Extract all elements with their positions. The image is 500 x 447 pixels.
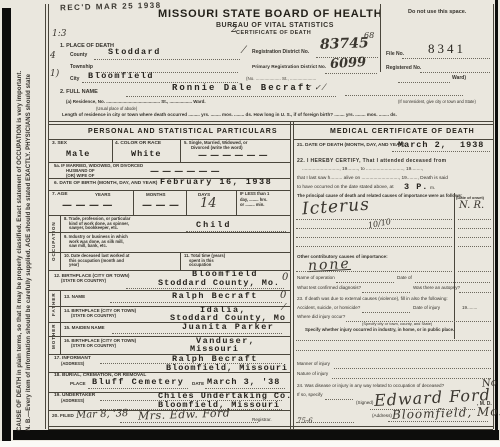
full-name-label: 2. FULL NAME bbox=[60, 90, 98, 96]
time-of-death-value: 3 P. bbox=[404, 183, 428, 192]
row-line-306 bbox=[48, 306, 290, 307]
nonresident-note: (If nonresident, give city or town and S… bbox=[398, 100, 476, 104]
father-name-stray-mark: 0 bbox=[280, 291, 286, 301]
certify-line-4: to have occurred on the date stated abov… bbox=[297, 186, 394, 191]
onset-column-line bbox=[454, 193, 455, 339]
if-so-specify-label: If so, specify bbox=[297, 393, 323, 398]
cause-rule-4r bbox=[458, 245, 491, 247]
cause-rule-1 bbox=[296, 218, 452, 220]
city-no-st-label: (No. .................... St., .........… bbox=[246, 77, 316, 82]
autopsy-line bbox=[459, 291, 491, 293]
certify-line-1: 22. I HEREBY CERTIFY, That I attended de… bbox=[297, 159, 447, 164]
undertaker-sublabel: (ADDRESS) bbox=[61, 399, 84, 403]
mother-name-line bbox=[112, 332, 282, 334]
father-bp-stray-mark: ⁄ bbox=[283, 304, 285, 313]
registered-no-line bbox=[420, 71, 490, 73]
cause-rule-3r bbox=[458, 236, 491, 238]
reg-district-value: 83745 bbox=[320, 36, 369, 52]
board-title: MISSOURI STATE BOARD OF HEALTH bbox=[158, 9, 382, 20]
physician-address-value: Bloomfield, Mo. bbox=[392, 405, 500, 421]
stray-mark-1: 1:3 bbox=[52, 30, 66, 39]
sex-value: Male bbox=[66, 150, 90, 159]
county-label: County bbox=[70, 53, 87, 58]
scan-right-edge bbox=[495, 0, 498, 432]
length-residence-line: Length of residence in city or town wher… bbox=[62, 113, 397, 118]
total-time-label-3: occupation bbox=[189, 263, 211, 267]
form-left-border-2 bbox=[48, 4, 49, 429]
injury-rule-1 bbox=[296, 339, 491, 341]
margin-note-line1: N. B.—Every item of information should b… bbox=[26, 74, 32, 431]
dob-value: February 16, 1938 bbox=[160, 178, 272, 187]
mother-bp-label-2: (STATE OR COUNTRY) bbox=[71, 344, 116, 348]
burial-date-value: March 3, bbox=[207, 378, 256, 387]
date-of-death-line bbox=[392, 150, 490, 152]
stray-mark-3: 1) bbox=[50, 70, 59, 79]
received-stamp: REC'D MAR 25 1938 bbox=[60, 2, 162, 13]
trade-label-3: sawyer, bookkeeper, etc. bbox=[69, 226, 118, 230]
abode-note: (Usual place of abode) bbox=[96, 107, 137, 111]
full-name-value: Ronnie Dale Becraft bbox=[172, 84, 313, 93]
cause-rule-2r bbox=[458, 227, 491, 229]
address-line bbox=[388, 420, 488, 422]
handwritten-page-mark: 2 bbox=[231, 25, 237, 35]
date-of-line bbox=[415, 281, 490, 283]
ward-right-label: Ward) bbox=[452, 76, 466, 81]
filed-date-value: Mar 8, '38 bbox=[76, 409, 129, 421]
mother-name-value: Juanita Parker bbox=[182, 323, 274, 332]
test-line bbox=[362, 291, 410, 293]
stray-mark-2: 4 bbox=[50, 52, 56, 61]
date-of-label: Date of bbox=[397, 276, 412, 281]
last-worked-label-3: year) bbox=[69, 263, 79, 267]
row-line-232 bbox=[48, 232, 290, 233]
age-months-label: MONTHS bbox=[146, 193, 166, 198]
injury-rule-2 bbox=[296, 349, 491, 351]
age-months-value: — — — bbox=[142, 201, 179, 211]
filed-line bbox=[120, 421, 258, 423]
form-left-border-1 bbox=[45, 4, 46, 429]
scan-left-black-bar bbox=[2, 8, 11, 447]
form-right-border bbox=[493, 4, 494, 429]
cause-rule-3 bbox=[296, 236, 452, 238]
place-of-death-label: 1. PLACE OF DEATH bbox=[60, 44, 114, 50]
county-value: Stoddard bbox=[108, 48, 161, 57]
father-name-label: 13. NAME bbox=[64, 295, 85, 300]
specify-city-label: (Specify city or town, county, and State… bbox=[362, 322, 432, 326]
burial-date-label: DATE bbox=[192, 382, 204, 387]
primary-reg-line bbox=[325, 72, 377, 74]
township-label: Township bbox=[70, 65, 93, 70]
accident-label: Accident, suicide, or homicide? bbox=[297, 306, 360, 311]
cause-rule-2 bbox=[296, 227, 452, 229]
right-section-header: MEDICAL CERTIFICATE OF DEATH bbox=[330, 128, 475, 135]
birthplace-label-2: (STATE OR COUNTRY) bbox=[61, 279, 106, 283]
left-section-header: PERSONAL AND STATISTICAL PARTICULARS bbox=[88, 128, 277, 135]
burial-date-line bbox=[205, 387, 285, 389]
if-so-line bbox=[325, 398, 353, 400]
cell-line-sex-race bbox=[112, 139, 113, 162]
informant-line-1 bbox=[100, 362, 282, 364]
informant-sublabel: (ADDRESS) bbox=[61, 362, 84, 366]
birthplace-line bbox=[126, 287, 284, 289]
father-bp-label-2: (STATE OR COUNTRY) bbox=[71, 314, 116, 318]
ifless-label-1: IF LESS than 1 bbox=[240, 192, 269, 196]
bottom-left-rule bbox=[296, 421, 354, 423]
date-of-death-value: March 2, bbox=[398, 141, 447, 150]
header-box-divider bbox=[380, 4, 381, 72]
burial-year-value: '38 bbox=[262, 378, 280, 387]
cell-line-10-11 bbox=[180, 252, 181, 270]
filed-label: 20. FILED bbox=[52, 415, 74, 420]
race-label: 4. COLOR OR RACE bbox=[115, 142, 161, 147]
scan-bottom-margin bbox=[0, 441, 500, 447]
left-header-underline bbox=[48, 139, 290, 140]
date-of-death-label: 21. DATE OF DEATH (MONTH, DAY, AND YEAR) bbox=[297, 144, 405, 149]
reg-district-label: Registration District No. bbox=[252, 50, 309, 55]
test-label: What test confirmed diagnosis? bbox=[297, 286, 361, 291]
death-certificate-scan: { "stamp": "REC'D MAR 25 1938", "margin"… bbox=[0, 0, 500, 447]
rule-bottom-double-1 bbox=[48, 426, 493, 427]
date-of-death-year: 1938 bbox=[460, 141, 484, 150]
autopsy-label: Was there an autopsy? bbox=[413, 286, 460, 291]
file-no-line bbox=[402, 57, 490, 59]
age-years-value: — — — — bbox=[62, 201, 112, 211]
manner-line bbox=[334, 367, 491, 369]
full-name-stray-marks: ✓ ✓ ⁄ bbox=[305, 84, 325, 92]
father-name-value: Ralph Becraft bbox=[172, 292, 258, 301]
ifless-label-3: or ........ min. bbox=[240, 203, 264, 207]
file-no-value: 8341 bbox=[428, 42, 466, 55]
birthplace-stray-mark: 0 bbox=[282, 273, 288, 283]
operation-line bbox=[336, 281, 394, 283]
margin-note-line2: CAUSE OF DEATH in plain terms, so that i… bbox=[17, 71, 23, 431]
age-cell-line-2 bbox=[186, 190, 187, 215]
marital-value: — — — — — — bbox=[198, 152, 268, 161]
registrar-signature: Mrs. Edw. Ford bbox=[138, 407, 231, 421]
cause-of-death-value: Icterus bbox=[301, 197, 370, 219]
primary-reg-label: Primary Registration District No. bbox=[252, 66, 326, 71]
nature-line bbox=[332, 377, 491, 379]
county-stray-mark: ⁄ bbox=[243, 46, 245, 56]
operation-label: Name of operation bbox=[297, 276, 335, 281]
accident-line bbox=[362, 311, 410, 313]
marital-label-2: Divorced (write the word) bbox=[191, 146, 243, 150]
father-side-label: FATHER bbox=[52, 292, 57, 316]
nature-label: Nature of injury bbox=[297, 372, 328, 377]
specify-whether-label: Specify whether injury occurred in indus… bbox=[305, 328, 454, 332]
mother-bp-value-2: Missouri bbox=[190, 345, 239, 354]
occupation-bracket-line bbox=[60, 215, 61, 270]
burial-place-line bbox=[88, 387, 188, 389]
burial-place-value: Bluff Cemetery bbox=[92, 378, 184, 387]
time-m-label: m. bbox=[430, 187, 435, 192]
burial-place-label: PLACE bbox=[70, 382, 86, 387]
cause-rule-1r bbox=[458, 218, 491, 220]
race-value: White bbox=[131, 150, 162, 159]
column-divider-2 bbox=[293, 121, 294, 429]
age-cell-line-1 bbox=[133, 190, 134, 215]
full-name-line bbox=[126, 95, 336, 97]
manner-label: Manner of injury bbox=[297, 362, 330, 367]
primary-reg-value: 6099 bbox=[330, 56, 367, 71]
age-cell-line-3 bbox=[236, 190, 237, 215]
city-label: City bbox=[70, 77, 79, 82]
dob-label: 6. DATE OF BIRTH (MONTH, DAY, AND YEAR) bbox=[54, 182, 157, 187]
where-injury-label: Where did injury occur? bbox=[297, 315, 345, 320]
married-value: — — — — — — bbox=[150, 168, 220, 177]
cause-rule-4 bbox=[296, 245, 452, 247]
cell-line-race-marital bbox=[180, 139, 181, 162]
certify-line-2: ............................, 19........… bbox=[302, 168, 423, 173]
county-line bbox=[94, 58, 240, 60]
injury-date-label: Date of injury bbox=[413, 306, 440, 311]
injury-year-label: 19........ bbox=[462, 306, 477, 311]
residence-line: (a) Residence, No. .....................… bbox=[66, 100, 206, 105]
ward-right-line bbox=[398, 81, 450, 83]
onset-value: N. R. bbox=[459, 201, 484, 211]
trade-value: Child bbox=[196, 221, 232, 230]
rule-bottom-double-2 bbox=[48, 429, 493, 430]
age-years-label: YEARS bbox=[95, 193, 111, 198]
do-not-use-label: Do not use this space. bbox=[408, 10, 466, 16]
signed-label: (Signed) bbox=[356, 401, 373, 406]
occupation-side-label: OCCUPATION bbox=[52, 221, 57, 261]
external-causes-label: 23. If death was due to external causes … bbox=[297, 297, 448, 302]
certificate-subtitle: CERTIFICATE OF DEATH bbox=[236, 31, 311, 37]
contributory-rule-r bbox=[458, 270, 491, 272]
city-value: Bloomfield bbox=[88, 72, 154, 81]
sex-label: 3. SEX bbox=[52, 142, 67, 147]
scan-bottom-black-band bbox=[13, 430, 499, 440]
address-label: (Address) bbox=[372, 414, 392, 419]
contributory-rule bbox=[296, 270, 452, 272]
age-label: 7. AGE bbox=[52, 193, 68, 198]
column-divider-1 bbox=[290, 121, 291, 429]
full-name-line2 bbox=[345, 94, 463, 96]
rule-top-double-2 bbox=[48, 124, 493, 125]
registered-no-label: Registered No. bbox=[386, 66, 421, 71]
reg-district-sup: 68 bbox=[364, 32, 374, 40]
rule-top-double-1 bbox=[48, 121, 493, 122]
father-name-line bbox=[110, 301, 282, 303]
age-days-value: 14 bbox=[200, 197, 217, 210]
undertaker-line-1 bbox=[100, 399, 282, 401]
mother-name-label: 15. MAIDEN NAME bbox=[64, 326, 105, 331]
industry-label-3: saw mill, bank, etc. bbox=[69, 244, 107, 248]
